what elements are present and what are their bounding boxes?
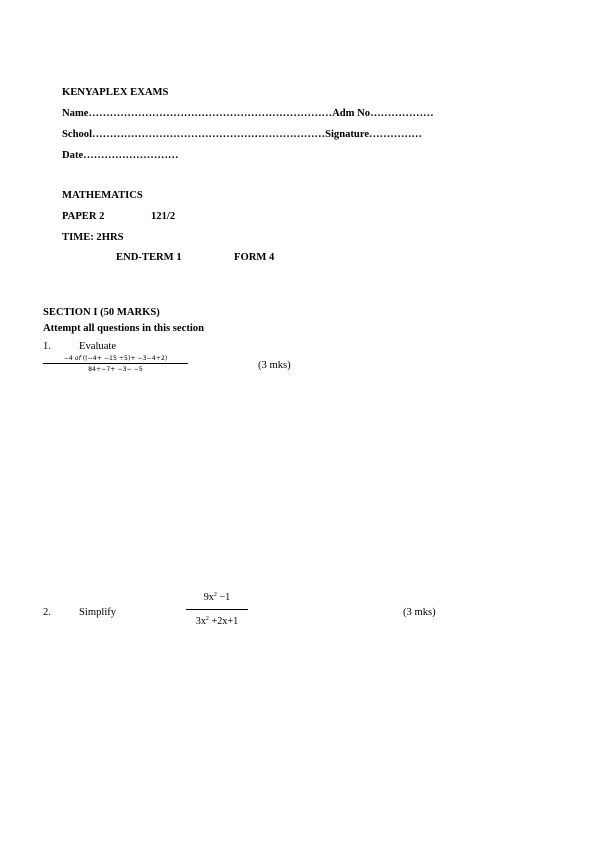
section-instruction: Attempt all questions in this section — [43, 323, 204, 334]
denominator-rest: +2x+1 — [209, 616, 238, 627]
numerator-rest: −1 — [217, 592, 230, 603]
section-title: SECTION I (50 MARKS) — [43, 307, 160, 318]
paper-code: 121/2 — [151, 211, 175, 222]
denominator-term: 3x — [196, 616, 206, 627]
fraction-numerator: −4 of ((−4+ −15 ÷5)+ −3−4÷2) — [43, 355, 188, 364]
question-marks: (3 mks) — [403, 607, 436, 618]
date-line: Date……………………… — [62, 150, 179, 161]
fraction-expression: 9x2 −1 3x2 +2x+1 — [186, 592, 248, 627]
form-label: FORM 4 — [234, 252, 274, 263]
question-prompt: Evaluate — [79, 341, 116, 352]
question-number: 1. — [43, 341, 51, 352]
time-label: TIME: 2HRS — [62, 232, 124, 243]
question-marks: (3 mks) — [258, 360, 291, 371]
numerator-rest: ((−4+ −15 ÷5)+ −3−4÷2) — [81, 355, 168, 362]
org-name: KENYAPLEX EXAMS — [62, 87, 168, 98]
fraction-expression: −4 of ((−4+ −15 ÷5)+ −3−4÷2) 84÷−7+ −3− … — [43, 355, 188, 373]
paper-label: PAPER 2 — [62, 211, 104, 222]
fraction-denominator: 3x2 +2x+1 — [186, 610, 248, 627]
question-number: 2. — [43, 607, 51, 618]
fraction-denominator: 84÷−7+ −3− −5 — [43, 364, 188, 373]
numerator-prefix: −4 — [64, 355, 75, 362]
school-signature-line: School…………………………………………………………Signature………… — [62, 129, 422, 140]
term-label: END-TERM 1 — [116, 252, 182, 263]
numerator-term: 9x — [204, 592, 214, 603]
question-prompt: Simplify — [79, 607, 116, 618]
subject-title: MATHEMATICS — [62, 190, 143, 201]
fraction-numerator: 9x2 −1 — [186, 592, 248, 610]
name-adm-line: Name……………………………………………………………Adm No……………… — [62, 108, 434, 119]
